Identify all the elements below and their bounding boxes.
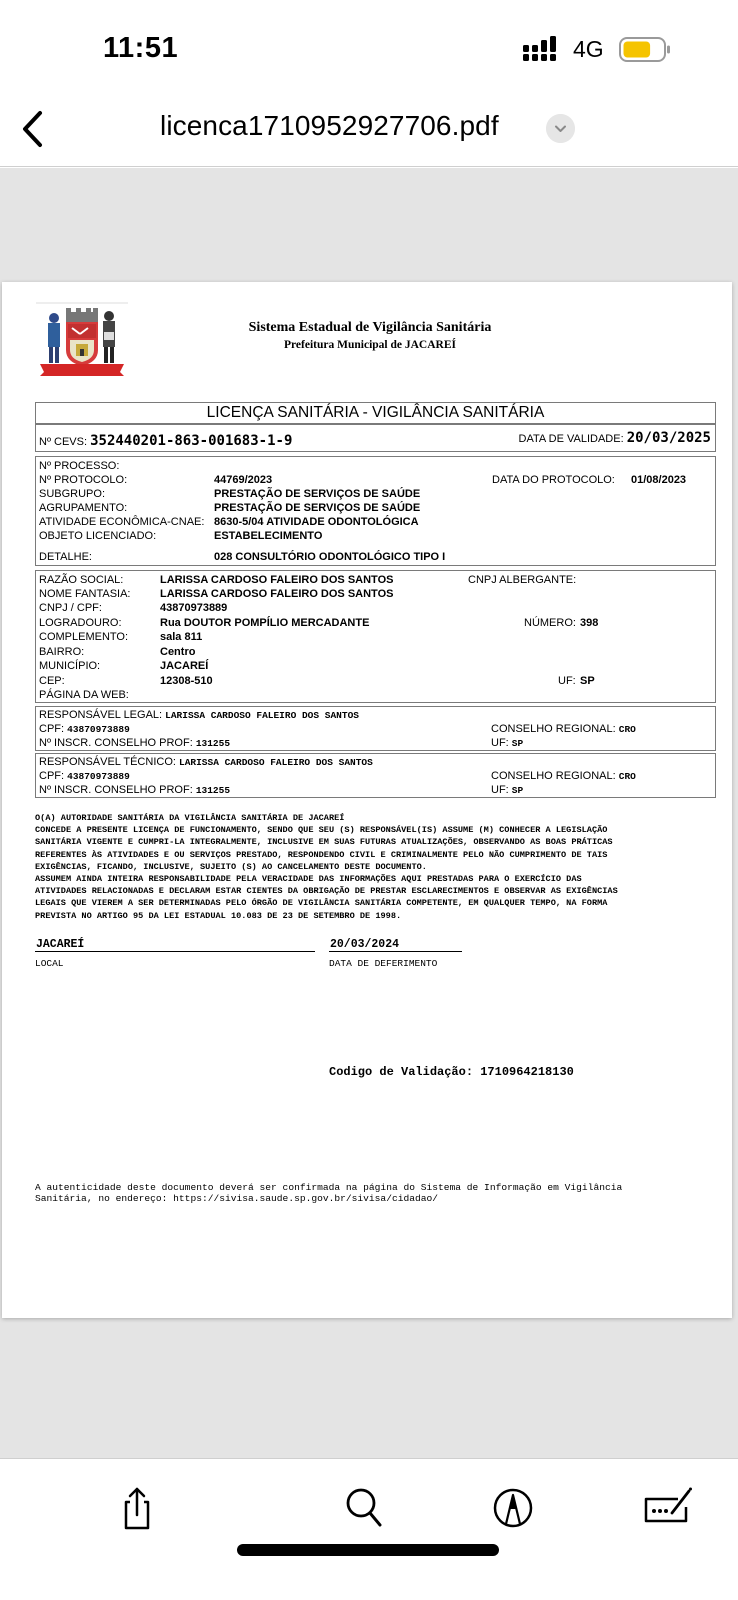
protocolo-label: Nº PROTOCOLO: <box>39 474 127 487</box>
cnae-row: ATIVIDADE ECONÔMICA-CNAE: 8630-5/04 ATIV… <box>39 516 204 529</box>
tech-name-row: RESPONSÁVEL TÉCNICO: LARISSA CARDOSO FAL… <box>39 756 373 769</box>
logradouro-row: LOGRADOURO: Rua DOUTOR POMPÍLIO MERCADAN… <box>39 617 122 630</box>
web-label: PÁGINA DA WEB: <box>39 689 129 702</box>
signature-icon[interactable] <box>642 1485 694 1531</box>
validity-value: 20/03/2025 <box>627 430 711 446</box>
tech-cpf-row: CPF: 43870973889 <box>39 770 130 783</box>
tech-inscr-row: Nº INSCR. CONSELHO PROF: 131255 <box>39 784 230 797</box>
legal-cpf: 43870973889 <box>67 724 130 735</box>
tech-uf: SP <box>512 785 523 796</box>
detalhe-label: DETALHE: <box>39 551 92 564</box>
numero-value: 398 <box>580 617 598 630</box>
validity-field: DATA DE VALIDADE: 20/03/2025 <box>519 430 712 446</box>
legal-cpf-row: CPF: 43870973889 <box>39 723 130 736</box>
detalhe-value: 028 CONSULTÓRIO ODONTOLÓGICO TIPO I <box>214 551 445 564</box>
complemento-label: COMPLEMENTO: <box>39 631 128 644</box>
cevs-value: 352440201-863-001683-1-9 <box>90 433 292 449</box>
protocolo-row: Nº PROTOCOLO: 44769/2023 <box>39 474 127 487</box>
municipio-label: MUNICÍPIO: <box>39 660 100 673</box>
objeto-label: OBJETO LICENCIADO: <box>39 530 156 543</box>
tech-conselho: CRO <box>619 771 636 782</box>
cevs-label: Nº CEVS: <box>39 436 87 448</box>
tech-cpf: 43870973889 <box>67 771 130 782</box>
navigation-bar: licenca1710952927706.pdf <box>0 90 738 167</box>
legal-cpf-label: CPF: <box>39 723 64 735</box>
subgrupo-label: SUBGRUPO: <box>39 488 105 501</box>
license-statement: O(A) AUTORIDADE SANITÁRIA DA VIGILÂNCIA … <box>35 812 720 922</box>
fantasia-row: NOME FANTASIA: LARISSA CARDOSO FALEIRO D… <box>39 588 130 601</box>
license-title: LICENÇA SANITÁRIA - VIGILÂNCIA SANITÁRIA <box>35 402 716 424</box>
logradouro-value: Rua DOUTOR POMPÍLIO MERCADANTE <box>160 617 369 630</box>
subgrupo-row: SUBGRUPO: PRESTAÇÃO DE SERVIÇOS DE SAÚDE <box>39 488 105 501</box>
cnae-value: 8630-5/04 ATIVIDADE ODONTOLÓGICA <box>214 516 419 529</box>
fantasia-label: NOME FANTASIA: <box>39 588 130 601</box>
agrupamento-row: AGRUPAMENTO: PRESTAÇÃO DE SERVIÇOS DE SA… <box>39 502 127 515</box>
municipio-row: MUNICÍPIO: JACAREÍ <box>39 660 100 673</box>
tech-conselho-row: CONSELHO REGIONAL: CRO <box>491 770 636 783</box>
cnae-label: ATIVIDADE ECONÔMICA-CNAE: <box>39 516 204 529</box>
razao-label: RAZÃO SOCIAL: <box>39 574 123 587</box>
legal-inscr-label: Nº INSCR. CONSELHO PROF: <box>39 737 193 749</box>
uf-label: UF: <box>558 675 576 688</box>
share-icon[interactable] <box>114 1485 160 1531</box>
uf-row: UF: SP <box>558 675 576 688</box>
objeto-value: ESTABELECIMENTO <box>214 530 322 543</box>
cevs-section: Nº CEVS: 352440201-863-001683-1-9 DATA D… <box>35 424 716 452</box>
legal-conselho-row: CONSELHO REGIONAL: CRO <box>491 723 636 736</box>
cevs-field: Nº CEVS: 352440201-863-001683-1-9 <box>39 433 292 449</box>
numero-row: NÚMERO: 398 <box>524 617 576 630</box>
bottom-toolbar <box>0 1458 738 1600</box>
search-icon[interactable] <box>342 1485 388 1531</box>
home-indicator[interactable] <box>237 1544 499 1556</box>
legal-conselho: CRO <box>619 724 636 735</box>
legal-uf-row: UF: SP <box>491 737 523 750</box>
legal-name: LARISSA CARDOSO FALEIRO DOS SANTOS <box>165 710 359 721</box>
bairro-value: Centro <box>160 646 195 659</box>
tech-inscr: 131255 <box>196 785 230 796</box>
logradouro-label: LOGRADOURO: <box>39 617 122 630</box>
battery-icon <box>619 37 671 62</box>
local-caption: LOCAL <box>35 958 64 969</box>
process-section: Nº PROCESSO: Nº PROTOCOLO: 44769/2023 DA… <box>35 456 716 566</box>
fantasia-value: LARISSA CARDOSO FALEIRO DOS SANTOS <box>160 588 393 601</box>
objeto-row: OBJETO LICENCIADO: ESTABELECIMENTO <box>39 530 156 543</box>
deferment-date-caption: DATA DE DEFERIMENTO <box>329 958 437 969</box>
legal-uf: SP <box>512 738 523 749</box>
tech-label: RESPONSÁVEL TÉCNICO: <box>39 756 176 768</box>
razao-row: RAZÃO SOCIAL: LARISSA CARDOSO FALEIRO DO… <box>39 574 123 587</box>
deferment-date-value: 20/03/2024 <box>329 938 462 952</box>
cep-label: CEP: <box>39 675 65 688</box>
cnpj-albergante-label: CNPJ ALBERGANTE: <box>468 574 576 587</box>
cnpj-label: CNPJ / CPF: <box>39 602 102 615</box>
detalhe-row: DETALHE: 028 CONSULTÓRIO ODONTOLÓGICO TI… <box>39 551 92 564</box>
legal-inscr: 131255 <box>196 738 230 749</box>
status-bar: 11:51 4G <box>0 0 738 90</box>
document-title[interactable]: licenca1710952927706.pdf <box>160 110 499 142</box>
complemento-row: COMPLEMENTO: sala 811 <box>39 631 128 644</box>
protocolo-value: 44769/2023 <box>214 474 272 487</box>
back-button[interactable] <box>18 108 48 150</box>
legal-name-row: RESPONSÁVEL LEGAL: LARISSA CARDOSO FALEI… <box>39 709 359 722</box>
legal-conselho-label: CONSELHO REGIONAL: <box>491 723 616 735</box>
web-row: PÁGINA DA WEB: <box>39 689 129 702</box>
chevron-down-icon[interactable] <box>546 114 575 143</box>
pdf-page: Sistema Estadual de Vigilância Sanitária… <box>2 282 732 1318</box>
validation-code: Codigo de Validação: 1710964218130 <box>329 1065 574 1079</box>
tech-uf-row: UF: SP <box>491 784 523 797</box>
subgrupo-value: PRESTAÇÃO DE SERVIÇOS DE SAÚDE <box>214 488 420 501</box>
network-type: 4G <box>573 36 604 63</box>
data-protocolo-value: 01/08/2023 <box>631 474 686 487</box>
cellular-signal-icon <box>523 36 561 62</box>
legal-inscr-row: Nº INSCR. CONSELHO PROF: 131255 <box>39 737 230 750</box>
establishment-section: RAZÃO SOCIAL: LARISSA CARDOSO FALEIRO DO… <box>35 570 716 703</box>
cep-row: CEP: 12308-510 <box>39 675 65 688</box>
cnpj-row: CNPJ / CPF: 43870973889 <box>39 602 102 615</box>
agrupamento-label: AGRUPAMENTO: <box>39 502 127 515</box>
tech-uf-label: UF: <box>491 784 509 796</box>
legal-label: RESPONSÁVEL LEGAL: <box>39 709 162 721</box>
data-protocolo-row: DATA DO PROTOCOLO: 01/08/2023 <box>492 474 615 487</box>
bairro-label: BAIRRO: <box>39 646 84 659</box>
pdf-viewer[interactable]: Sistema Estadual de Vigilância Sanitária… <box>0 168 738 1458</box>
authenticity-note: A autenticidade deste documento deverá s… <box>35 1182 725 1204</box>
legal-uf-label: UF: <box>491 737 509 749</box>
status-time: 11:51 <box>103 32 178 65</box>
data-protocolo-label: DATA DO PROTOCOLO: <box>492 474 615 487</box>
tech-conselho-label: CONSELHO REGIONAL: <box>491 770 616 782</box>
tech-name: LARISSA CARDOSO FALEIRO DOS SANTOS <box>179 757 373 768</box>
razao-value: LARISSA CARDOSO FALEIRO DOS SANTOS <box>160 574 393 587</box>
cnpj-value: 43870973889 <box>160 602 227 615</box>
markup-pen-icon[interactable] <box>490 1485 536 1531</box>
system-name: Sistema Estadual de Vigilância Sanitária <box>5 320 735 336</box>
local-value: JACAREÍ <box>35 938 315 952</box>
validity-label: DATA DE VALIDADE: <box>519 433 624 445</box>
cep-value: 12308-510 <box>160 675 213 688</box>
municipio-value: JACAREÍ <box>160 660 208 673</box>
legal-responsible-section: RESPONSÁVEL LEGAL: LARISSA CARDOSO FALEI… <box>35 706 716 751</box>
municipality-name: Prefeitura Municipal de JACAREÍ <box>5 339 735 351</box>
numero-label: NÚMERO: <box>524 617 576 630</box>
complemento-value: sala 811 <box>160 631 202 644</box>
tech-inscr-label: Nº INSCR. CONSELHO PROF: <box>39 784 193 796</box>
bairro-row: BAIRRO: Centro <box>39 646 84 659</box>
uf-value: SP <box>580 675 595 688</box>
cnpj-albergante-row: CNPJ ALBERGANTE: <box>468 574 576 587</box>
processo-label: Nº PROCESSO: <box>39 460 119 473</box>
agrupamento-value: PRESTAÇÃO DE SERVIÇOS DE SAÚDE <box>214 502 420 515</box>
processo-row: Nº PROCESSO: <box>39 460 119 473</box>
technical-responsible-section: RESPONSÁVEL TÉCNICO: LARISSA CARDOSO FAL… <box>35 753 716 798</box>
tech-cpf-label: CPF: <box>39 770 64 782</box>
